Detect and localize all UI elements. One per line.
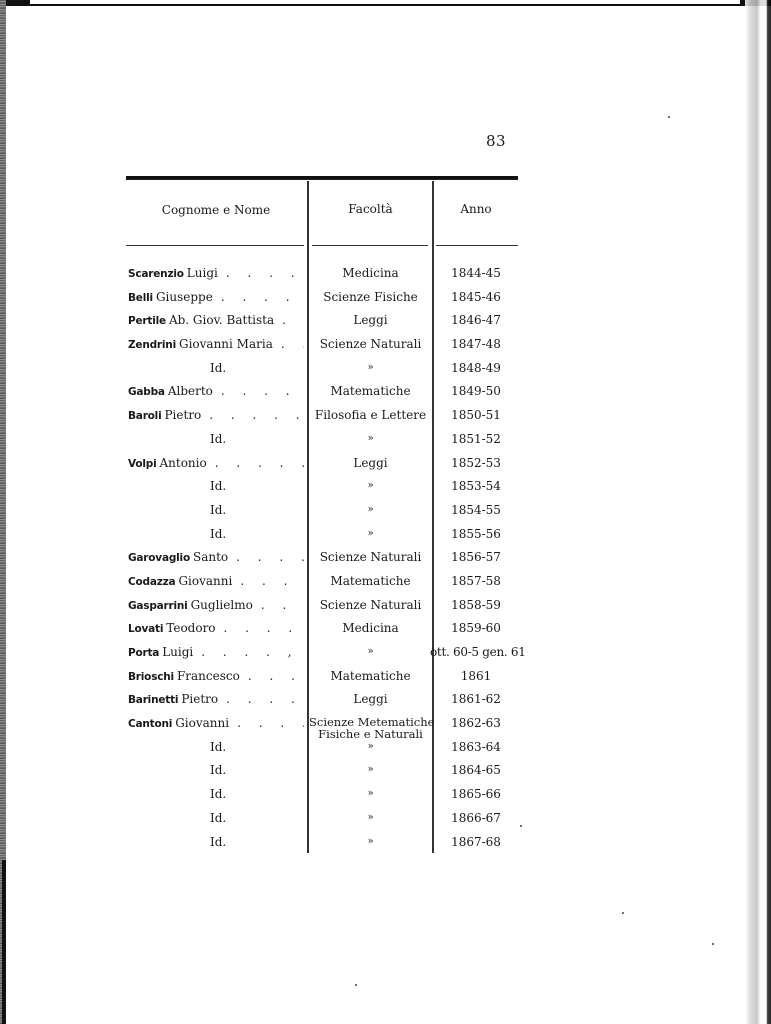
table-row: Id. » 1848-49 — [126, 359, 518, 383]
table-row: Id. » 1854-55 — [126, 501, 518, 525]
table-top-rule — [126, 176, 518, 180]
header-rule-year — [436, 245, 518, 246]
leader-dots: . . — [282, 313, 304, 327]
name-cell: BaroliPietro. . . . . . — [128, 406, 304, 425]
faculty-cell-ditto: » — [309, 761, 432, 779]
table-row: Id. » 1867-68 — [126, 833, 518, 857]
name-cell-ditto: Id. — [128, 809, 304, 827]
surname: Gabba — [128, 386, 165, 398]
faculty-cell: Leggi — [309, 454, 432, 472]
year-cell: 1847-48 — [434, 335, 518, 353]
name-cell-ditto: Id. — [128, 359, 304, 377]
name-cell-ditto: Id. — [128, 525, 304, 543]
header-name: Cognome e Nome — [126, 203, 306, 217]
scan-top-edge-gap — [30, 0, 740, 4]
faculty-cell: Matematiche — [309, 382, 432, 400]
table-row: PertileAb. Giov. Battista. . Leggi 1846-… — [126, 311, 518, 335]
name-cell: CantoniGiovanni. . . . . — [128, 714, 304, 733]
scan-right-edge — [745, 0, 771, 1024]
table-row: CantoniGiovanni. . . . . Scienze Metemat… — [126, 714, 518, 738]
faculty-cell-ditto: » — [309, 501, 432, 519]
surname: Lovati — [128, 623, 163, 635]
surname: Codazza — [128, 576, 175, 588]
leader-dots: . . . . . . — [215, 456, 304, 470]
header-faculty: Facoltà — [309, 202, 432, 216]
leader-dots: . . . . . . — [226, 692, 304, 706]
faculty-cell: Matematiche — [309, 572, 432, 590]
table-row: ZendriniGiovanni Maria. . Scienze Natura… — [126, 335, 518, 359]
table-row: Id. » 1864-65 — [126, 761, 518, 785]
table-row: LovatiTeodoro. . . . . . Medicina 1859-6… — [126, 619, 518, 643]
given-name: Santo — [193, 550, 228, 564]
name-cell: LovatiTeodoro. . . . . . — [128, 619, 304, 638]
surname: Baroli — [128, 410, 161, 422]
faculty-cell: Matematiche — [309, 667, 432, 685]
name-cell: BarinettiPietro. . . . . . — [128, 690, 304, 709]
faculty-cell: Medicina — [309, 264, 432, 282]
name-cell-ditto: Id. — [128, 833, 304, 851]
scan-speck — [622, 912, 624, 914]
faculty-cell-two-line: Scienze MetematicheFisiche e Naturali — [309, 716, 432, 740]
year-cell: 1856-57 — [434, 548, 518, 566]
name-cell: BelliGiuseppe. . . . . . — [128, 288, 304, 307]
scan-speck — [712, 943, 714, 945]
table-row: BarinettiPietro. . . . . . Leggi 1861-62 — [126, 690, 518, 714]
surname: Pertile — [128, 315, 166, 327]
table-row: GabbaAlberto. . . . . . Matematiche 1849… — [126, 382, 518, 406]
name-cell: PertileAb. Giov. Battista. . — [128, 311, 304, 330]
faculty-cell: Medicina — [309, 619, 432, 637]
faculty-cell-ditto: » — [309, 833, 432, 851]
leader-dots: . . . . . — [237, 716, 304, 730]
table-header: Cognome e Nome Facoltà Anno — [126, 181, 518, 243]
year-cell: 1865-66 — [434, 785, 518, 803]
header-rule-name — [126, 245, 304, 246]
year-cell: 1852-53 — [434, 454, 518, 472]
surname: Barinetti — [128, 694, 178, 706]
leader-dots: . . . . . — [236, 550, 304, 564]
surname: Porta — [128, 647, 159, 659]
name-cell: CodazzaGiovanni. . . . . — [128, 572, 304, 591]
faculty-cell: Scienze Naturali — [309, 596, 432, 614]
leader-dots: . . . . , . . — [201, 645, 304, 659]
given-name: Teodoro — [166, 621, 215, 635]
year-cell: 1863-64 — [434, 738, 518, 756]
name-cell-ditto: Id. — [128, 761, 304, 779]
faculty-cell: Scienze Naturali — [309, 548, 432, 566]
name-cell: BrioschiFrancesco. . . . — [128, 667, 304, 686]
header-rule-faculty — [312, 245, 428, 246]
year-cell: 1862-63 — [434, 714, 518, 732]
table-row: Id. » 1865-66 — [126, 785, 518, 809]
leader-dots: . . . . . — [226, 266, 304, 280]
table-row: BaroliPietro. . . . . . Filosofia e Lett… — [126, 406, 518, 430]
name-cell: GasparriniGuglielmo. . . . — [128, 596, 304, 615]
year-cell: 1844-45 — [434, 264, 518, 282]
year-cell: 1850-51 — [434, 406, 518, 424]
table-body: ScarenzioLuigi. . . . . Medicina 1844-45… — [126, 264, 518, 856]
given-name: Antonio — [159, 456, 206, 470]
surname: Zendrini — [128, 339, 176, 351]
surname: Volpi — [128, 458, 156, 470]
table-row: VolpiAntonio. . . . . . Leggi 1852-53 — [126, 454, 518, 478]
name-cell: PortaLuigi. . . . , . . — [128, 643, 304, 662]
table-row: PortaLuigi. . . . , . . » ott. 60-5 gen.… — [126, 643, 518, 667]
faculty-cell-ditto: » — [309, 477, 432, 495]
table-row: GarovaglioSanto. . . . . Scienze Natural… — [126, 548, 518, 572]
given-name: Ab. Giov. Battista — [169, 313, 274, 327]
surname: Scarenzio — [128, 268, 184, 280]
year-cell: 1855-56 — [434, 525, 518, 543]
faculty-cell: Leggi — [309, 690, 432, 708]
name-cell: VolpiAntonio. . . . . . — [128, 454, 304, 473]
name-cell: ScarenzioLuigi. . . . . — [128, 264, 304, 283]
surname: Belli — [128, 292, 153, 304]
header-year: Anno — [434, 202, 518, 216]
year-cell: ott. 60-5 gen. 61 — [430, 643, 522, 661]
given-name: Giovanni — [175, 716, 229, 730]
given-name: Giuseppe — [156, 290, 213, 304]
year-cell: 1859-60 — [434, 619, 518, 637]
given-name: Luigi — [162, 645, 193, 659]
name-cell: ZendriniGiovanni Maria. . — [128, 335, 304, 354]
name-cell-ditto: Id. — [128, 785, 304, 803]
year-cell: 1861 — [434, 667, 518, 685]
name-cell-ditto: Id. — [128, 477, 304, 495]
table-row: Id. » 1863-64 — [126, 738, 518, 762]
table-row: CodazzaGiovanni. . . . . Matematiche 185… — [126, 572, 518, 596]
faculty-cell-ditto: » — [309, 359, 432, 377]
year-cell: 1858-59 — [434, 596, 518, 614]
name-cell-ditto: Id. — [128, 501, 304, 519]
table-row: Id. » 1855-56 — [126, 525, 518, 549]
table-row: Id. » 1853-54 — [126, 477, 518, 501]
faculty-cell: Filosofia e Lettere — [309, 406, 432, 424]
surname: Garovaglio — [128, 552, 190, 564]
year-cell: 1866-67 — [434, 809, 518, 827]
scan-left-edge-shadow — [2, 860, 6, 1024]
surname: Brioschi — [128, 671, 174, 683]
leader-dots: . . . . — [248, 669, 304, 683]
year-cell: 1849-50 — [434, 382, 518, 400]
leader-dots: . . . . . . — [221, 290, 304, 304]
year-cell: 1857-58 — [434, 572, 518, 590]
leader-dots: . . . . — [261, 598, 304, 612]
table-row: Id. » 1866-67 — [126, 809, 518, 833]
faculty-cell: Scienze Naturali — [309, 335, 432, 353]
year-cell: 1848-49 — [434, 359, 518, 377]
faculty-cell-ditto: » — [309, 430, 432, 448]
year-cell: 1861-62 — [434, 690, 518, 708]
name-cell: GarovaglioSanto. . . . . — [128, 548, 304, 567]
faculty-cell: Leggi — [309, 311, 432, 329]
given-name: Pietro — [181, 692, 218, 706]
year-cell: 1854-55 — [434, 501, 518, 519]
faculty-cell-ditto: » — [309, 738, 432, 756]
leader-dots: . . . . . . — [209, 408, 304, 422]
name-cell-ditto: Id. — [128, 430, 304, 448]
faculty-cell-ditto: » — [309, 643, 432, 661]
given-name: Alberto — [168, 384, 213, 398]
year-cell: 1851-52 — [434, 430, 518, 448]
page-number: 83 — [486, 132, 506, 150]
year-cell: 1853-54 — [434, 477, 518, 495]
faculty-cell-ditto: » — [309, 525, 432, 543]
scan-speck — [668, 116, 670, 118]
faculty-cell-ditto: » — [309, 809, 432, 827]
year-cell: 1845-46 — [434, 288, 518, 306]
given-name: Pietro — [164, 408, 201, 422]
table-row: BelliGiuseppe. . . . . . Scienze Fisiche… — [126, 288, 518, 312]
name-cell-ditto: Id. — [128, 738, 304, 756]
leader-dots: . . . . . . — [224, 621, 304, 635]
name-cell: GabbaAlberto. . . . . . — [128, 382, 304, 401]
year-cell: 1867-68 — [434, 833, 518, 851]
given-name: Giovanni — [178, 574, 232, 588]
given-name: Guglielmo — [191, 598, 253, 612]
leader-dots: . . . . . — [240, 574, 304, 588]
table-row: BrioschiFrancesco. . . . Matematiche 186… — [126, 667, 518, 691]
given-name: Francesco — [177, 669, 240, 683]
surname: Cantoni — [128, 718, 172, 730]
surname: Gasparrini — [128, 600, 188, 612]
table-row: Id. » 1851-52 — [126, 430, 518, 454]
faculty-cell-ditto: » — [309, 785, 432, 803]
year-cell: 1864-65 — [434, 761, 518, 779]
scan-speck — [520, 825, 522, 827]
year-cell: 1846-47 — [434, 311, 518, 329]
leader-dots: . . — [281, 337, 304, 351]
scan-speck — [355, 984, 357, 986]
leader-dots: . . . . . . — [221, 384, 304, 398]
given-name: Giovanni Maria — [179, 337, 273, 351]
faculty-cell: Scienze Fisiche — [309, 288, 432, 306]
table-row: GasparriniGuglielmo. . . . Scienze Natur… — [126, 596, 518, 620]
given-name: Luigi — [187, 266, 218, 280]
table-row: ScarenzioLuigi. . . . . Medicina 1844-45 — [126, 264, 518, 288]
